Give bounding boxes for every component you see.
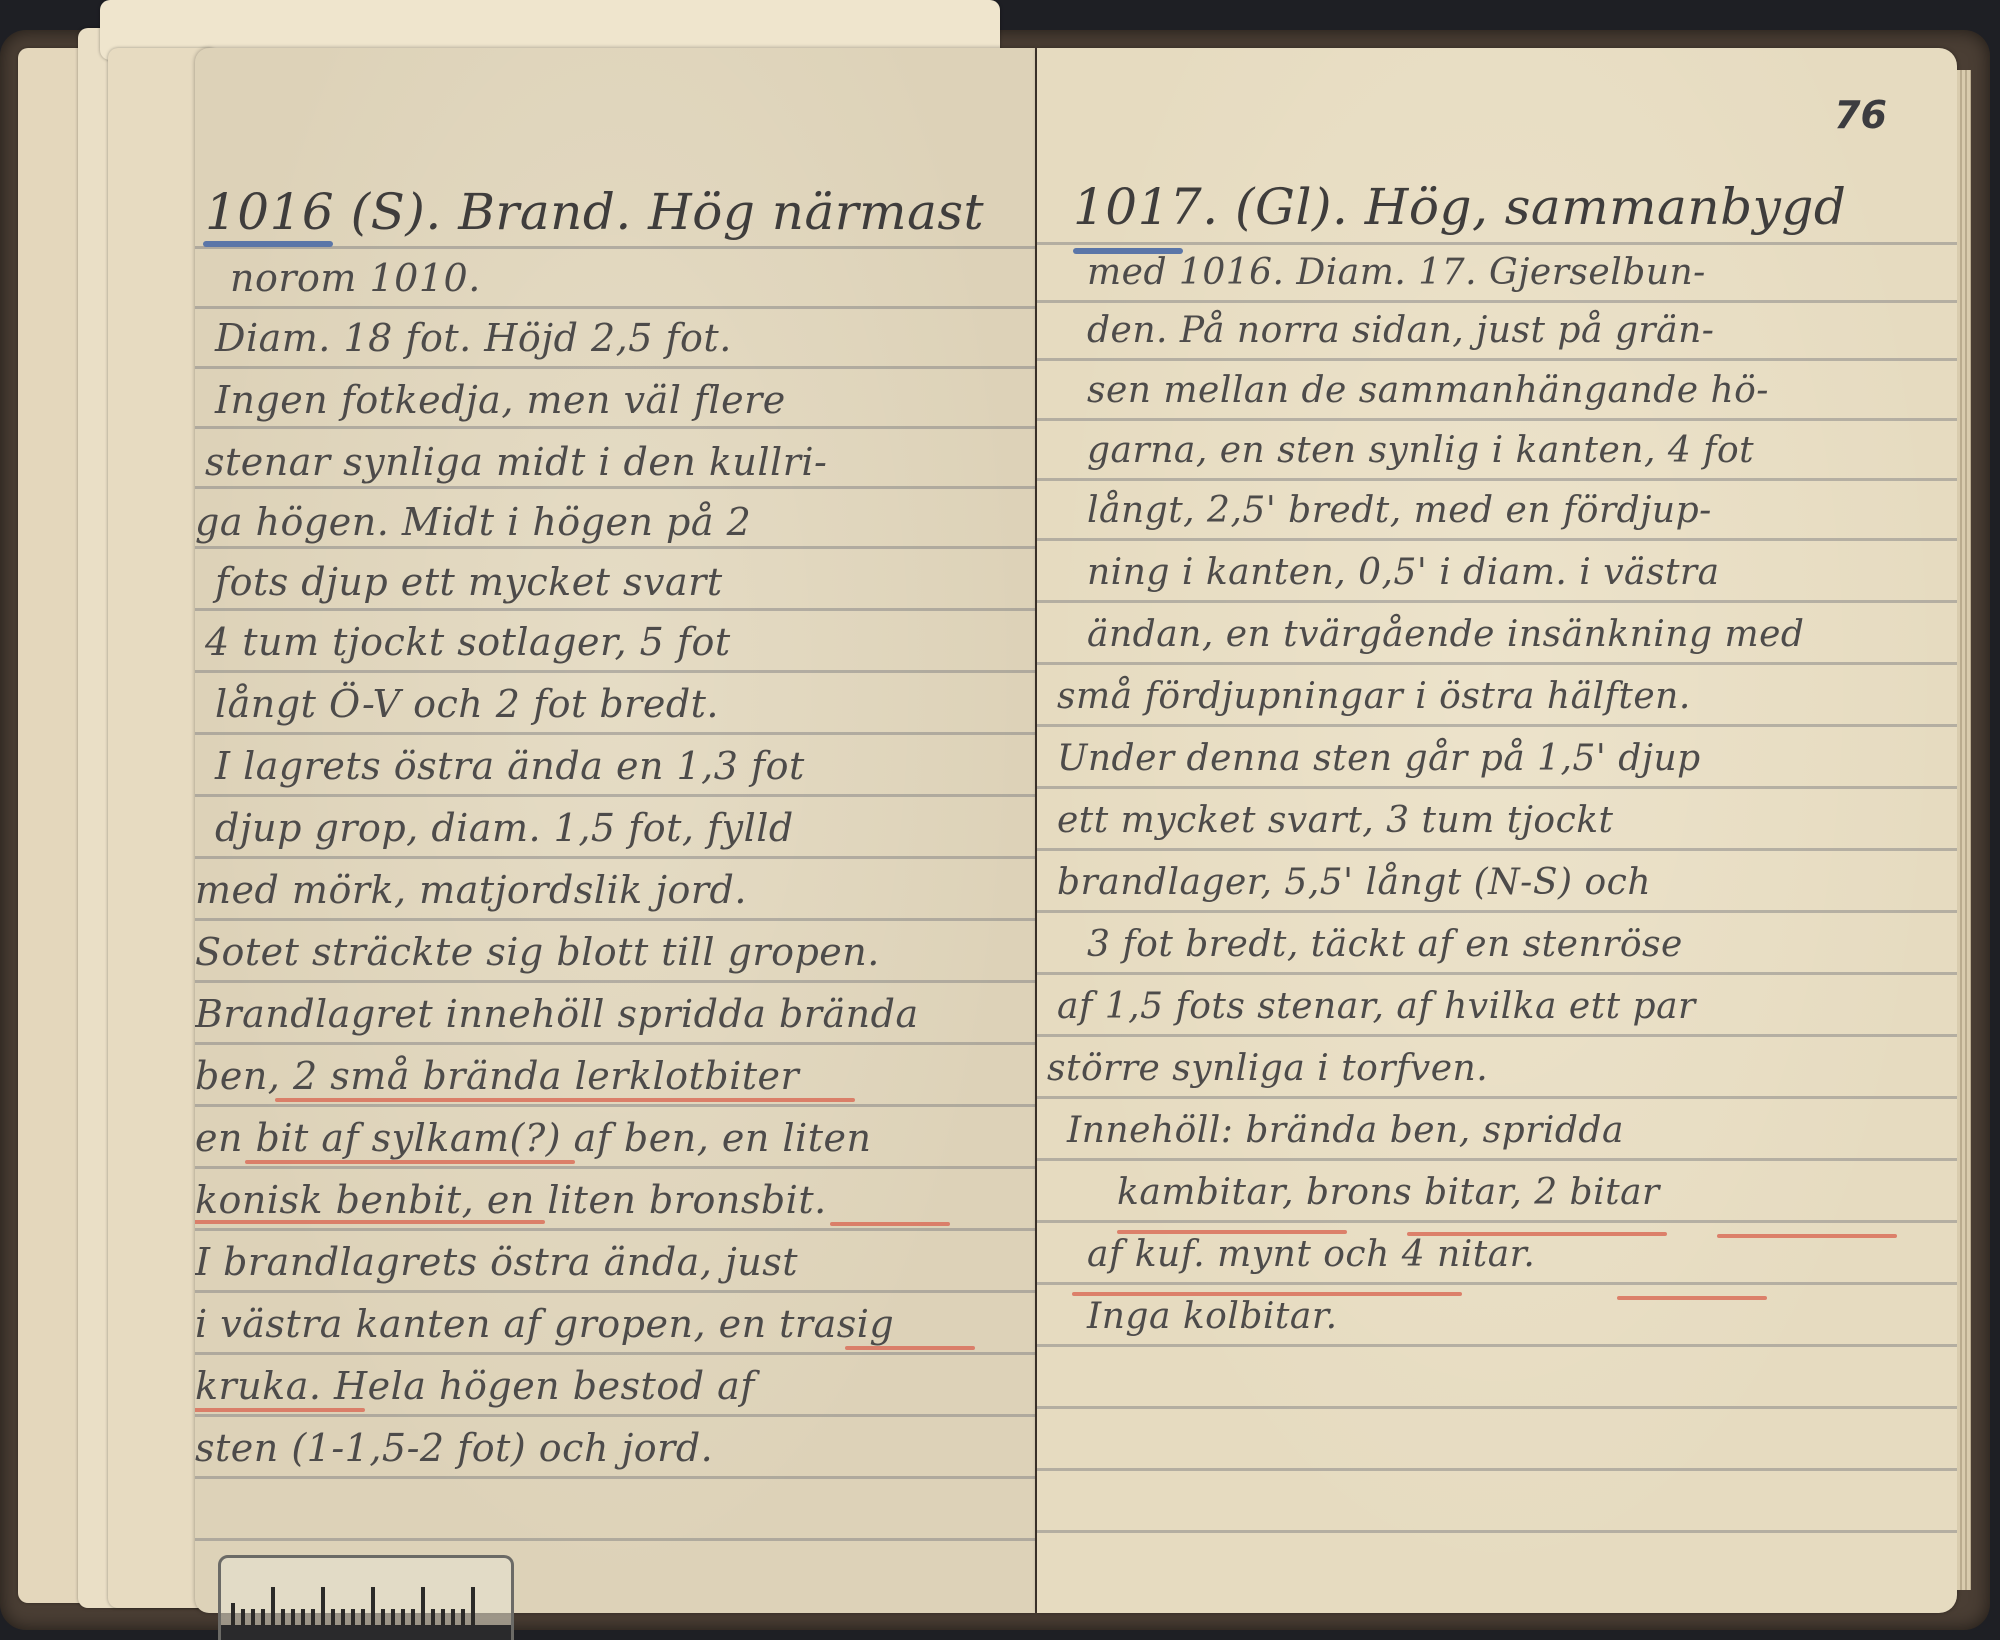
text-line: I brandlagrets östra ända, just bbox=[195, 1240, 798, 1284]
red-pencil-underline bbox=[195, 1220, 545, 1224]
page-block-edge bbox=[1957, 70, 1971, 1590]
text-line: Inga kolbitar. bbox=[1087, 1296, 1338, 1337]
red-pencil-underline bbox=[1617, 1296, 1767, 1300]
text-line: den. På norra sidan, just på grän- bbox=[1087, 310, 1714, 351]
text-line: djup grop, diam. 1,5 fot, fylld bbox=[215, 806, 794, 850]
entry-heading: 1017. (Gl). Hög, sammanbygd bbox=[1073, 178, 1846, 236]
red-pencil-underline bbox=[830, 1222, 950, 1226]
text-line: en bit af sylkam(?) af ben, en liten bbox=[195, 1116, 871, 1160]
text-line: ben, 2 små brända lerklotbiter bbox=[195, 1054, 799, 1098]
text-line: ändan, en tvärgående insänkning med bbox=[1087, 614, 1804, 655]
text-line: Brandlagret innehöll spridda brända bbox=[195, 992, 919, 1036]
text-line: 3 fot bredt, täckt af en stenröse bbox=[1087, 924, 1683, 965]
text-line: kruka. Hela högen bestod af bbox=[195, 1364, 755, 1408]
text-line: i västra kanten af gropen, en trasig bbox=[195, 1302, 894, 1346]
text-line: med mörk, matjordslik jord. bbox=[195, 868, 747, 912]
text-line: I lagrets östra ända en 1,3 fot bbox=[215, 744, 805, 788]
text-line: ning i kanten, 0,5' i diam. i västra bbox=[1087, 552, 1720, 593]
text-line: kambitar, brons bitar, 2 bitar bbox=[1117, 1172, 1660, 1213]
page-number: 76 bbox=[1834, 93, 1887, 137]
text-line: konisk benbit, en liten bronsbit. bbox=[195, 1178, 827, 1222]
text-line: fots djup ett mycket svart bbox=[215, 560, 723, 604]
red-pencil-underline bbox=[1072, 1292, 1462, 1296]
text-line: långt Ö-V och 2 fot bredt. bbox=[215, 682, 719, 726]
red-pencil-underline bbox=[1407, 1232, 1667, 1236]
text-line: ett mycket svart, 3 tum tjockt bbox=[1057, 800, 1614, 841]
text-line: af kuf. mynt och 4 nitar. bbox=[1087, 1234, 1535, 1275]
text-line: med 1016. Diam. 17. Gjerselbun- bbox=[1087, 252, 1706, 293]
text-line: sen mellan de sammanhängande hö- bbox=[1087, 370, 1769, 411]
text-line: stenar synliga midt i den kullri- bbox=[205, 440, 827, 484]
left-page: 1016 (S). Brand. Hög närmast norom 1010.… bbox=[195, 48, 1035, 1613]
text-line: garna, en sten synlig i kanten, 4 fot bbox=[1087, 430, 1754, 471]
text-line: norom 1010. bbox=[230, 256, 481, 300]
text-line: Innehöll: brända ben, spridda bbox=[1067, 1110, 1624, 1151]
text-line: af 1,5 fots stenar, af hvilka ett par bbox=[1057, 986, 1696, 1027]
text-line: Under denna sten går på 1,5' djup bbox=[1057, 738, 1701, 779]
text-line: små fördjupningar i östra hälften. bbox=[1057, 676, 1691, 717]
text-line: långt, 2,5' bredt, med en fördjup- bbox=[1087, 490, 1712, 531]
text-line: brandlager, 5,5' långt (N-S) och bbox=[1057, 862, 1651, 903]
text-line: Diam. 18 fot. Höjd 2,5 fot. bbox=[215, 316, 732, 360]
red-pencil-underline bbox=[275, 1098, 855, 1102]
text-line: 4 tum tjockt sotlager, 5 fot bbox=[205, 620, 731, 664]
text-line: ga högen. Midt i högen på 2 bbox=[195, 500, 751, 544]
text-line: Ingen fotkedja, men väl flere bbox=[215, 378, 786, 422]
right-page: 76 1017. (Gl). Hög, sammanbygd med 1016.… bbox=[1037, 48, 1957, 1613]
red-pencil-underline bbox=[1117, 1230, 1347, 1234]
entry-heading: 1016 (S). Brand. Hög närmast bbox=[205, 183, 984, 241]
measuring-scale bbox=[218, 1555, 514, 1640]
red-pencil-underline bbox=[195, 1408, 365, 1412]
text-line: sten (1-1,5-2 fot) och jord. bbox=[195, 1426, 713, 1470]
blue-pencil-mark bbox=[203, 241, 333, 247]
red-pencil-underline bbox=[1717, 1234, 1897, 1238]
text-line: Sotet sträckte sig blott till gropen. bbox=[195, 930, 880, 974]
red-pencil-underline bbox=[845, 1346, 975, 1350]
red-pencil-underline bbox=[245, 1160, 575, 1164]
text-line: större synliga i torfven. bbox=[1047, 1048, 1488, 1089]
